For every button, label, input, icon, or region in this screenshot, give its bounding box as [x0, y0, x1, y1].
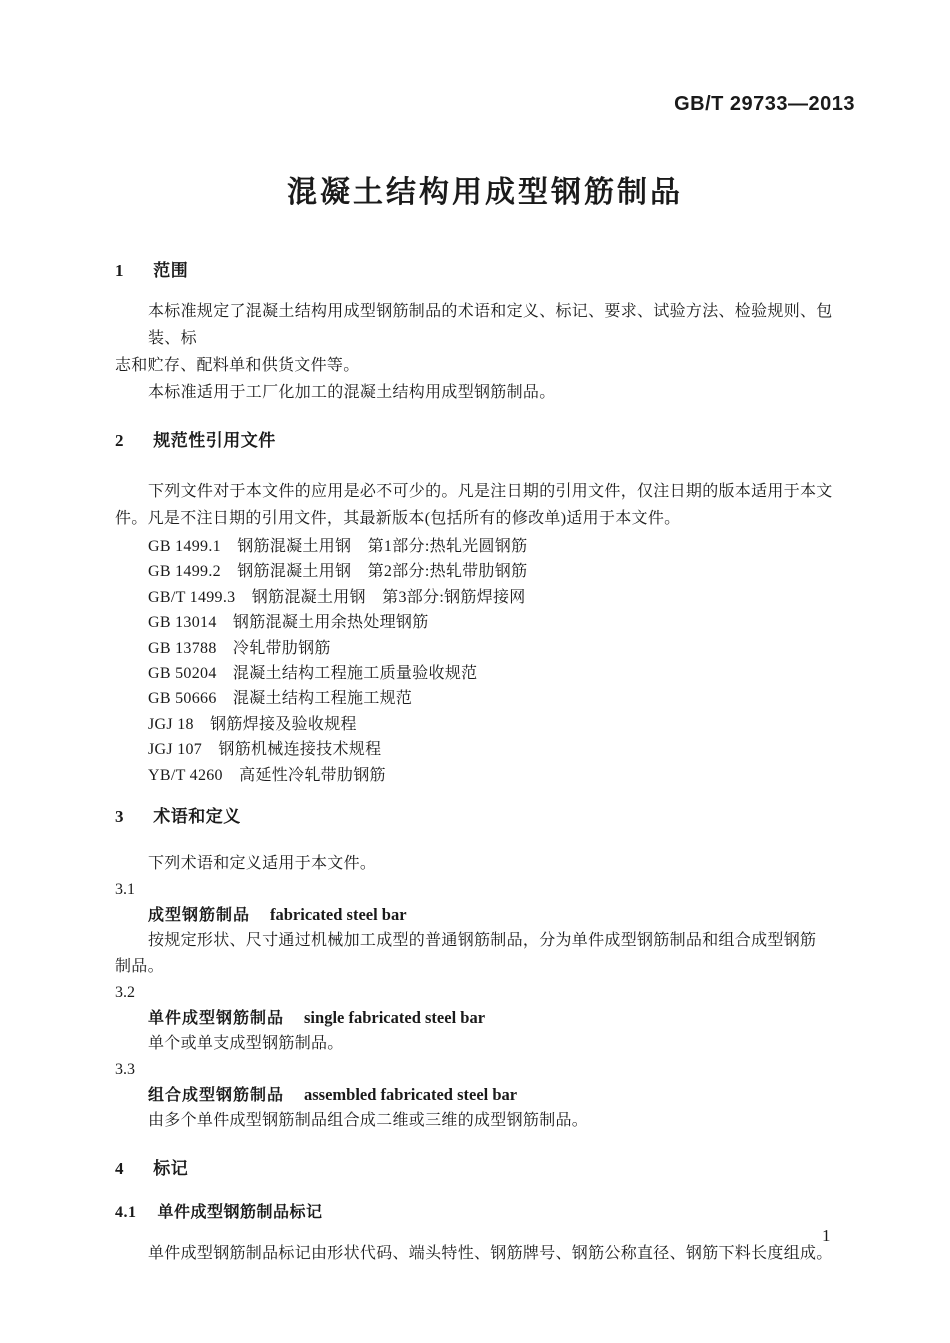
- term-name: 组合成型钢筋制品 assembled fabricated steel bar: [115, 1082, 855, 1108]
- term-name: 成型钢筋制品 fabricated steel bar: [115, 902, 855, 928]
- reference-item: GB 13014 钢筋混凝土用余热处理钢筋: [115, 610, 855, 635]
- section-2-heading: 2 规范性引用文件: [115, 428, 855, 454]
- section-1-heading: 1 范围: [115, 258, 855, 284]
- term-definition-line: 单个或单支成型钢筋制品。: [115, 1031, 855, 1057]
- section-3-title: 术语和定义: [153, 807, 241, 826]
- term-name-chinese: 成型钢筋制品: [148, 907, 250, 924]
- section-4-1-title: 单件成型钢筋制品标记: [157, 1204, 322, 1221]
- section-scope: 1 范围 本标准规定了混凝土结构用成型钢筋制品的术语和定义、标记、要求、试验方法…: [115, 258, 855, 406]
- section-marking: 4 标记 4.1 单件成型钢筋制品标记 单件成型钢筋制品标记由形状代码、端头特性…: [115, 1156, 855, 1267]
- section-2-number: 2: [115, 428, 124, 454]
- marking-paragraph-line: 单件成型钢筋制品标记由形状代码、端头特性、钢筋牌号、钢筋公称直径、钢筋下料长度组…: [115, 1240, 855, 1267]
- term-name: 单件成型钢筋制品 single fabricated steel bar: [115, 1005, 855, 1031]
- document-title: 混凝土结构用成型钢筋制品: [115, 172, 855, 214]
- section-3-heading: 3 术语和定义: [115, 804, 855, 830]
- section-4-number: 4: [115, 1156, 124, 1182]
- section-1-number: 1: [115, 258, 124, 284]
- reference-item: GB 13788 冷轧带肋钢筋: [115, 636, 855, 661]
- term-number: 3.2: [115, 980, 855, 1005]
- section-3-number: 3: [115, 804, 124, 830]
- term-definition-line: 按规定形状、尺寸通过机械加工成型的普通钢筋制品，分为单件成型钢筋制品和组合成型钢…: [115, 928, 855, 954]
- reference-item: GB 50204 混凝土结构工程施工质量验收规范: [115, 661, 855, 686]
- reference-item: GB 50666 混凝土结构工程施工规范: [115, 686, 855, 711]
- reference-item: GB/T 1499.3 钢筋混凝土用钢 第3部分:钢筋焊接网: [115, 585, 855, 610]
- references-paragraph-line: 件。凡是不注日期的引用文件，其最新版本(包括所有的修改单)适用于本文件。: [115, 505, 855, 532]
- scope-paragraph-line: 本标准规定了混凝土结构用成型钢筋制品的术语和定义、标记、要求、试验方法、检验规则…: [115, 298, 855, 352]
- terms-intro: 下列术语和定义适用于本文件。: [115, 850, 855, 877]
- page-number: 1: [822, 1226, 831, 1246]
- section-1-title: 范围: [153, 261, 188, 280]
- section-4-title: 标记: [153, 1159, 188, 1178]
- section-4-1-heading: 4.1 单件成型钢筋制品标记: [115, 1200, 855, 1226]
- scope-paragraph-line: 志和贮存、配料单和供货文件等。: [115, 352, 855, 379]
- term-number: 3.1: [115, 877, 855, 902]
- term-name-english: single fabricated steel bar: [304, 1008, 485, 1027]
- section-4-1-number: 4.1: [115, 1200, 137, 1226]
- section-normative-references: 2 规范性引用文件 下列文件对于本文件的应用是必不可少的。凡是注日期的引用文件，…: [115, 428, 855, 788]
- document-page: GB/T 29733—2013 混凝土结构用成型钢筋制品 1 范围 本标准规定了…: [0, 0, 950, 1343]
- section-terms-definitions: 3 术语和定义 下列术语和定义适用于本文件。 3.1 成型钢筋制品 fabric…: [115, 804, 855, 1134]
- reference-item: JGJ 107 钢筋机械连接技术规程: [115, 737, 855, 762]
- term-name-chinese: 组合成型钢筋制品: [148, 1087, 284, 1104]
- term-name-english: assembled fabricated steel bar: [304, 1085, 517, 1104]
- reference-item: JGJ 18 钢筋焊接及验收规程: [115, 712, 855, 737]
- term-name-english: fabricated steel bar: [270, 905, 407, 924]
- standard-code: GB/T 29733—2013: [115, 93, 855, 115]
- term-entry: 3.3 组合成型钢筋制品 assembled fabricated steel …: [115, 1057, 855, 1134]
- references-paragraph-line: 下列文件对于本文件的应用是必不可少的。凡是注日期的引用文件，仅注日期的版本适用于…: [115, 478, 855, 505]
- section-4-heading: 4 标记: [115, 1156, 855, 1182]
- term-entry: 3.1 成型钢筋制品 fabricated steel bar 按规定形状、尺寸…: [115, 877, 855, 980]
- reference-item: YB/T 4260 高延性冷轧带肋钢筋: [115, 763, 855, 788]
- term-definition-line: 制品。: [115, 954, 855, 980]
- term-name-chinese: 单件成型钢筋制品: [148, 1010, 284, 1027]
- scope-paragraph-line: 本标准适用于工厂化加工的混凝土结构用成型钢筋制品。: [115, 379, 855, 406]
- term-entry: 3.2 单件成型钢筋制品 single fabricated steel bar…: [115, 980, 855, 1057]
- term-definition-line: 由多个单件成型钢筋制品组合成二维或三维的成型钢筋制品。: [115, 1108, 855, 1134]
- term-number: 3.3: [115, 1057, 855, 1082]
- reference-item: GB 1499.2 钢筋混凝土用钢 第2部分:热轧带肋钢筋: [115, 559, 855, 584]
- section-2-title: 规范性引用文件: [153, 431, 276, 450]
- reference-list: GB 1499.1 钢筋混凝土用钢 第1部分:热轧光圆钢筋 GB 1499.2 …: [115, 534, 855, 788]
- reference-item: GB 1499.1 钢筋混凝土用钢 第1部分:热轧光圆钢筋: [115, 534, 855, 559]
